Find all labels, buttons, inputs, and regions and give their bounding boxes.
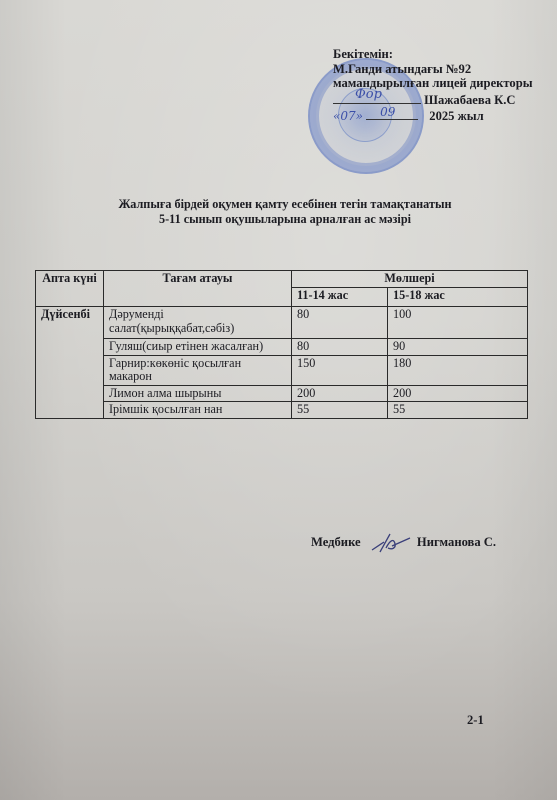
amount-11-14-cell: 80 bbox=[292, 339, 388, 356]
title-line-2: 5-11 сынып оқушыларына арналған ас мәзір… bbox=[60, 212, 510, 227]
approval-heading: Бекітемін: bbox=[333, 47, 557, 62]
approval-director-line: Фор Шажабаева К.С bbox=[333, 91, 557, 108]
document-title: Жалпыға бірдей оқумен қамту есебінен тег… bbox=[60, 197, 510, 227]
director-signature-line: Фор bbox=[333, 91, 421, 104]
amount-15-18-cell: 90 bbox=[388, 339, 528, 356]
amount-15-18-cell: 200 bbox=[388, 385, 528, 402]
amount-11-14-cell: 55 bbox=[292, 402, 388, 419]
page-number: 2-1 bbox=[467, 713, 484, 728]
amount-11-14-cell: 150 bbox=[292, 355, 388, 385]
date-month-line: 09 bbox=[366, 107, 418, 120]
approval-block: Бекітемін: М.Ганди атындағы №92 мамандыр… bbox=[333, 47, 557, 124]
dish-cell: Ірімшік қосылған нан bbox=[104, 402, 292, 419]
director-name: Шажабаева К.С bbox=[424, 93, 515, 107]
date-month: 09 bbox=[380, 105, 395, 120]
table-row: Гарнир:көкөніс қосылған макарон 150 180 bbox=[36, 355, 528, 385]
director-signature: Фор bbox=[355, 88, 382, 103]
table-row: Дүйсенбі Дәруменді салат(қырыққабат,сәбі… bbox=[36, 307, 528, 339]
dish-cell: Дәруменді салат(қырыққабат,сәбіз) bbox=[104, 307, 292, 339]
nurse-signature-mark-icon bbox=[368, 532, 412, 554]
date-year: 2025 жыл bbox=[429, 109, 483, 123]
date-day: «07» bbox=[333, 109, 363, 123]
approval-date-line: «07» 09 2025 жыл bbox=[333, 107, 557, 124]
amount-15-18-cell: 55 bbox=[388, 402, 528, 419]
header-age-15-18: 15-18 жас bbox=[388, 288, 528, 307]
dish-cell: Лимон алма шырыны bbox=[104, 385, 292, 402]
amount-11-14-cell: 200 bbox=[292, 385, 388, 402]
approval-school: М.Ганди атындағы №92 bbox=[333, 62, 557, 77]
header-amount: Мөлшері bbox=[292, 271, 528, 288]
table-row: Лимон алма шырыны 200 200 bbox=[36, 385, 528, 402]
header-day: Апта күні bbox=[36, 271, 104, 307]
nurse-role: Медбике bbox=[311, 535, 361, 549]
nurse-signature-block: Медбике Нигманова С. bbox=[311, 532, 496, 554]
dish-cell: Гуляш(сиыр етінен жасалған) bbox=[104, 339, 292, 356]
dish-cell: Гарнир:көкөніс қосылған макарон bbox=[104, 355, 292, 385]
nurse-name: Нигманова С. bbox=[417, 535, 496, 549]
header-dish: Тағам атауы bbox=[104, 271, 292, 307]
table-row: Гуляш(сиыр етінен жасалған) 80 90 bbox=[36, 339, 528, 356]
day-cell: Дүйсенбі bbox=[36, 307, 104, 419]
header-age-11-14: 11-14 жас bbox=[292, 288, 388, 307]
amount-15-18-cell: 100 bbox=[388, 307, 528, 339]
amount-15-18-cell: 180 bbox=[388, 355, 528, 385]
table-row: Ірімшік қосылған нан 55 55 bbox=[36, 402, 528, 419]
amount-11-14-cell: 80 bbox=[292, 307, 388, 339]
table-header-row: Апта күні Тағам атауы Мөлшері bbox=[36, 271, 528, 288]
menu-table: Апта күні Тағам атауы Мөлшері 11-14 жас … bbox=[35, 270, 528, 419]
title-line-1: Жалпыға бірдей оқумен қамту есебінен тег… bbox=[60, 197, 510, 212]
